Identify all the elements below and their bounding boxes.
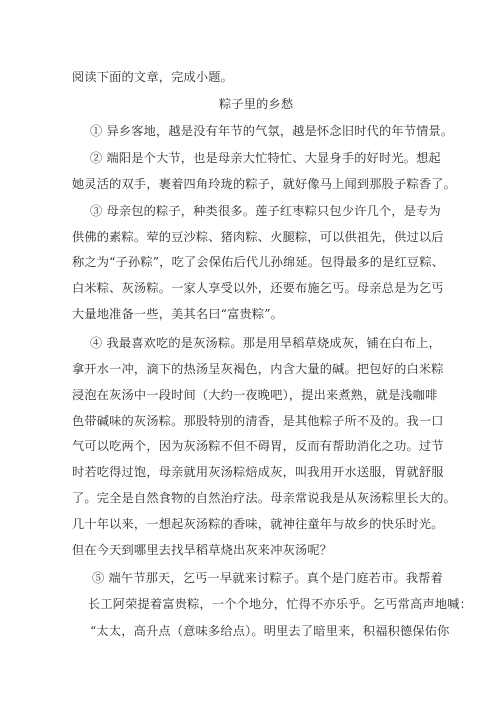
paragraph-line: 称之为“子孙粽”，吃了会保佑后代儿孙绵延。包得最多的是红豆粽、 [72,254,444,270]
paragraph-line: 她灵活的双手，裹着四角玲珑的粽子，就好像马上闻到那股子粽香了。 [72,176,456,192]
article-title: 粽子里的乡愁 [219,96,293,112]
paragraph-line: 色带碱味的灰汤粽。那股特别的清香，是其他粽子所不及的。我一口 [72,413,444,429]
paragraph-line: ③ 母亲包的粽子，种类很多。莲子红枣粽只包少许几个，是专为 [90,203,441,219]
paragraph-line: 时若吃得过饱，母亲就用灰汤粽焙成灰，叫我用开水送服，胃就舒服 [72,464,444,480]
paragraph-line: ④ 我最喜欢吃的是灰汤粽。那是用旱稻草烧成灰，铺在白布上， [90,335,441,351]
paragraph-line: 大量地准备一些，美其名曰“富贵粽”。 [72,306,283,322]
paragraph-line: 但在今天到哪里去找旱稻草烧出灰来冲灰汤呢？ [72,542,332,558]
paragraph-line: “太太，高升点（意味多给点）。明里去了暗里来，积福积德保佑你 [90,623,450,639]
paragraph-line: 气可以吃两个，因为灰汤粽不但不碍胃，反而有帮助消化之功。过节 [72,438,444,454]
paragraph-line: ② 端阳是个大节，也是母亲大忙特忙、大显身手的好时光。想起 [90,150,441,166]
paragraph-line: 长工阿荣提着富贵粽，一个个地分，忙得不亦乐乎。乞丐常高声地喊： [88,596,472,612]
paragraph-line: 拿开水一冲，滴下的热汤呈灰褐色，内含大量的碱。把包好的白米粽 [72,361,444,377]
paragraph-line: 了。完全是自然食物的自然治疗法。母亲常说我是从灰汤粽里长大的。 [72,490,456,506]
paragraph-line: 白米粽、灰汤粽。一家人享受以外，还要布施乞丐。母亲总是为乞丐 [72,280,444,296]
instruction-text: 阅读下面的文章，完成小题。 [72,69,233,85]
paragraph-line: 几十年以来，一想起灰汤粽的香味，就神往童年与故乡的快乐时光。 [72,516,444,532]
paragraph-line: 供佛的素粽。荤的豆沙粽、猪肉粽、火腿粽，可以供祖先，供过以后 [72,229,444,245]
paragraph-line: ① 异乡客地，越是没有年节的气氛，越是怀念旧时代的年节情景。 [90,123,453,139]
paragraph-line: 浸泡在灰汤中一段时间（大约一夜晚吧），提出来煮熟，就是浅咖啡 [72,387,438,403]
paragraph-line: ⑤ 端午节那天，乞丐一早就来讨粽子。真个是门庭若市。我帮着 [92,570,443,586]
